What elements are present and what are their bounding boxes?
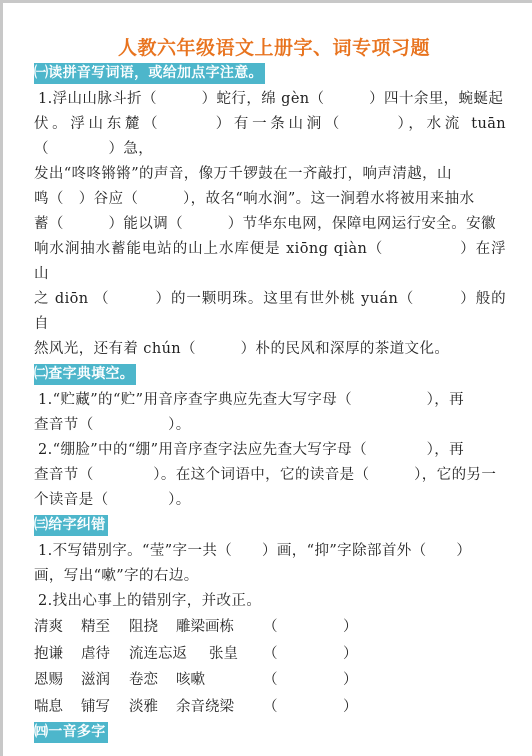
answer-blank-close: ） bbox=[343, 667, 363, 694]
paragraph-line: 发出“咚咚锵锵”的声音，像万千锣鼓在一齐敲打，响声清越，山 bbox=[34, 162, 506, 187]
paragraph-line: 2.“绷脸”中的“绷”用音序查字法应先查大写字母（ ），再 bbox=[34, 438, 506, 463]
word: 精至 bbox=[81, 614, 129, 641]
answer-blank-close: ） bbox=[343, 694, 363, 721]
paragraph-line: 1.不写错别字。“莹”字一共（ ）画，“抑”字除部首外（ ） bbox=[34, 539, 506, 564]
paragraph-line: 伏。浮山东麓（ ）有一条山涧（ ），水流 tuān（ ）急， bbox=[34, 112, 506, 162]
section-4-header: ㈣一音多字 bbox=[34, 722, 108, 743]
section-3-paragraph: 1.不写错别字。“莹”字一共（ ）画，“抑”字除部首外（ ） 画，写出“嗽”字的… bbox=[34, 539, 506, 614]
section-3: ㈢给字纠错 1.不写错别字。“莹”字一共（ ）画，“抑”字除部首外（ ） 画，写… bbox=[34, 514, 506, 720]
page-border-top bbox=[0, 0, 532, 3]
section-3-header: ㈢给字纠错 bbox=[34, 515, 108, 536]
answer-blank-close: ） bbox=[343, 614, 363, 641]
section-1: ㈠读拼音写词语，或给加点字注意。 1.浮山山脉斗折（ ）蛇行，绵 gèn（ ）四… bbox=[34, 62, 506, 362]
word-row: 恩赐 滋润 卷恋 咳嗽 （ ） bbox=[34, 667, 506, 694]
paragraph-line: 查音节（ ）。 bbox=[34, 413, 506, 438]
word: 张皇 bbox=[209, 641, 263, 668]
paragraph-line: 2.找出心事上的错别字，并改正。 bbox=[34, 589, 506, 614]
section-1-paragraph: 1.浮山山脉斗折（ ）蛇行，绵 gèn（ ）四十余里，蜿蜒起 伏。浮山东麓（ ）… bbox=[34, 87, 506, 362]
section-4: ㈣一音多字 bbox=[34, 721, 506, 743]
word: 虐待 bbox=[81, 641, 129, 668]
word: 流连忘返 bbox=[129, 641, 209, 668]
answer-blank-open: （ bbox=[263, 641, 343, 668]
document-page: 人教六年级语文上册字、词专项习题 ㈠读拼音写词语，或给加点字注意。 1.浮山山脉… bbox=[34, 34, 506, 743]
paragraph-line: 然风光，还有着 chún（ ）朴的民风和深厚的茶道文化。 bbox=[34, 337, 506, 362]
paragraph-line: 画，写出“嗽”字的右边。 bbox=[34, 564, 506, 589]
answer-blank-close: ） bbox=[343, 641, 363, 668]
word-row: 清爽 精至 阻挠 雕梁画栋 （ ） bbox=[34, 614, 506, 641]
word: 淡雅 bbox=[129, 694, 176, 721]
section-1-header: ㈠读拼音写词语，或给加点字注意。 bbox=[34, 63, 265, 84]
word: 咳嗽 bbox=[176, 667, 263, 694]
paragraph-line: 之 diōn （ ）的一颗明珠。这里有世外桃 yuán（ ）般的自 bbox=[34, 287, 506, 337]
word: 恩赐 bbox=[34, 667, 81, 694]
word-row: 抱谦 虐待 流连忘返 张皇 （ ） bbox=[34, 641, 506, 668]
answer-blank-open: （ bbox=[263, 614, 343, 641]
word: 抱谦 bbox=[34, 641, 81, 668]
paragraph-line: 鸣（ ）谷应（ ），故名“响水涧”。这一涧碧水将被用来抽水 bbox=[34, 187, 506, 212]
paragraph-line: 1.“贮藏”的“贮”用音序查字典应先查大写字母（ ），再 bbox=[34, 388, 506, 413]
section-2-paragraph: 1.“贮藏”的“贮”用音序查字典应先查大写字母（ ），再 查音节（ ）。 2.“… bbox=[34, 388, 506, 513]
word: 铺写 bbox=[81, 694, 129, 721]
answer-blank-open: （ bbox=[263, 667, 343, 694]
paragraph-line: 响水涧抽水蓄能电站的山上水库便是 xiōng qiàn（ ）在浮山 bbox=[34, 237, 506, 287]
word: 滋润 bbox=[81, 667, 129, 694]
word: 雕梁画栋 bbox=[176, 614, 263, 641]
page-border-left bbox=[0, 0, 3, 756]
word: 卷恋 bbox=[129, 667, 176, 694]
paragraph-line: 蓄（ ）能以调（ ）节华东电网，保障电网运行安全。安徽 bbox=[34, 212, 506, 237]
paragraph-line: 个读音是（ ）。 bbox=[34, 488, 506, 513]
paragraph-line: 1.浮山山脉斗折（ ）蛇行，绵 gèn（ ）四十余里，蜿蜒起 bbox=[34, 87, 506, 112]
word-correction-list: 清爽 精至 阻挠 雕梁画栋 （ ） 抱谦 虐待 流连忘返 张皇 （ ） 恩赐 滋… bbox=[34, 614, 506, 720]
answer-blank-open: （ bbox=[263, 694, 343, 721]
word-row: 喘息 铺写 淡雅 余音绕梁 （ ） bbox=[34, 694, 506, 721]
section-2-header: ㈡查字典填空。 bbox=[34, 364, 136, 385]
document-title: 人教六年级语文上册字、词专项习题 bbox=[42, 34, 506, 62]
section-2: ㈡查字典填空。 1.“贮藏”的“贮”用音序查字典应先查大写字母（ ），再 查音节… bbox=[34, 363, 506, 513]
word: 喘息 bbox=[34, 694, 81, 721]
word: 阻挠 bbox=[129, 614, 176, 641]
paragraph-line: 查音节（ ）。在这个词语中，它的读音是（ ），它的另一 bbox=[34, 463, 506, 488]
word: 清爽 bbox=[34, 614, 81, 641]
word: 余音绕梁 bbox=[176, 694, 263, 721]
